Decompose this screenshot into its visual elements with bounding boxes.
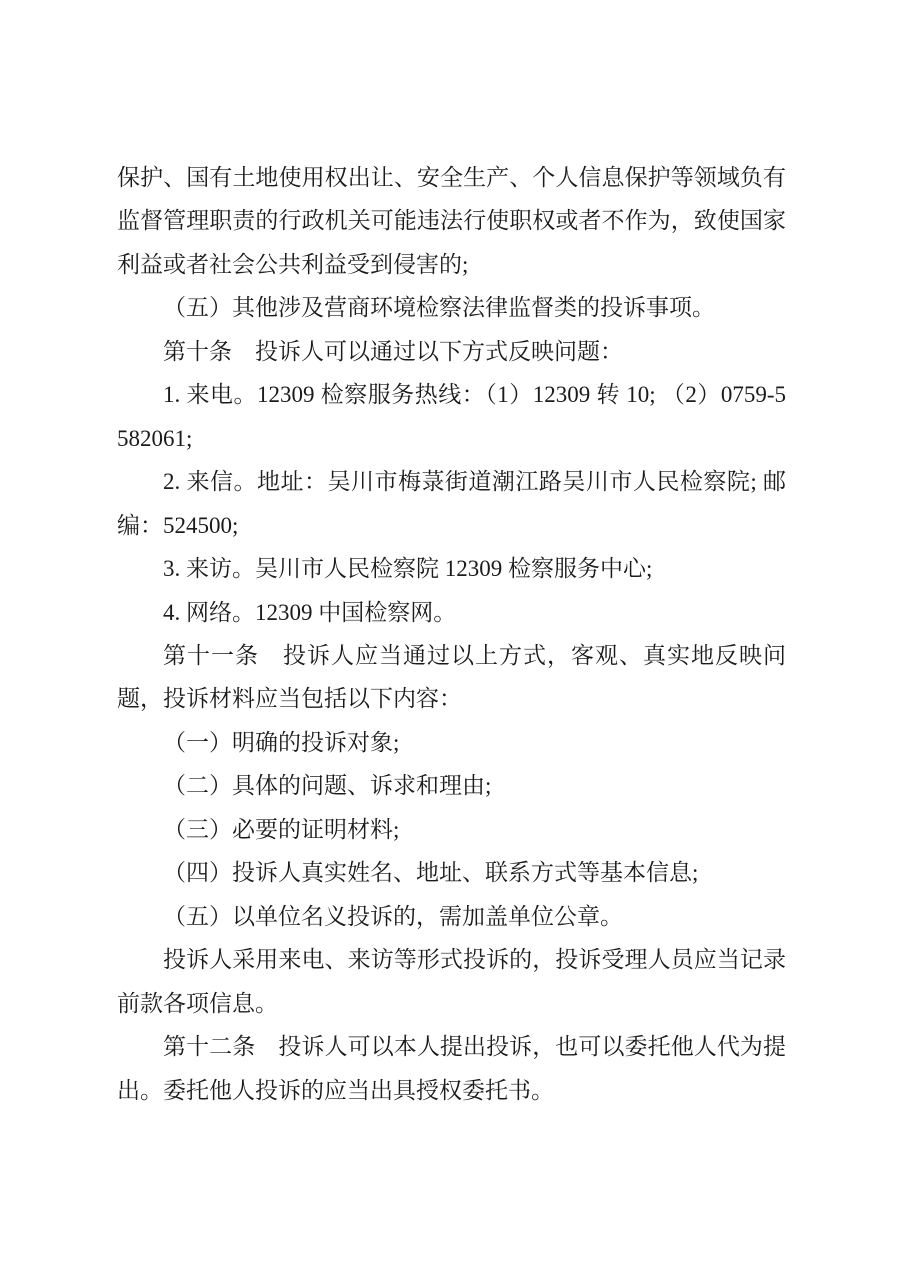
paragraph-article-10: 第十条 投诉人可以通过以下方式反映问题： [117, 330, 786, 373]
paragraph-article-11: 第十一条 投诉人应当通过以上方式，客观、真实地反映问题，投诉材料应当包括以下内容… [117, 634, 786, 721]
paragraph-item-four: （四）投诉人真实姓名、地址、联系方式等基本信息; [117, 851, 786, 894]
paragraph-article-12: 第十二条 投诉人可以本人提出投诉，也可以委托他人代为提出。委托他人投诉的应当出具… [117, 1025, 786, 1112]
paragraph-item-five: （五）以单位名义投诉的，需加盖单位公章。 [117, 895, 786, 938]
paragraph-method-3-visit: 3. 来访。吴川市人民检察院 12309 检察服务中心; [117, 547, 786, 590]
paragraph-method-2-mail: 2. 来信。地址：吴川市梅菉街道潮江路吴川市人民检察院; 邮编：524500; [117, 460, 786, 547]
paragraph-item-one: （一）明确的投诉对象; [117, 721, 786, 764]
paragraph-item-two: （二）具体的问题、诉求和理由; [117, 764, 786, 807]
paragraph-method-4-web: 4. 网络。12309 中国检察网。 [117, 591, 786, 634]
document-text-block: 保护、国有土地使用权出让、安全生产、个人信息保护等领域负有监督管理职责的行政机关… [117, 156, 786, 1112]
paragraph-item-five-prev-article: （五）其他涉及营商环境检察法律监督类的投诉事项。 [117, 286, 786, 329]
document-page: 保护、国有土地使用权出让、安全生产、个人信息保护等领域负有监督管理职责的行政机关… [0, 0, 900, 1272]
paragraph-method-1-phone: 1. 来电。12309 检察服务热线：（1）12309 转 10; （2）075… [117, 373, 786, 460]
paragraph-item-three: （三）必要的证明材料; [117, 808, 786, 851]
paragraph-continuation: 保护、国有土地使用权出让、安全生产、个人信息保护等领域负有监督管理职责的行政机关… [117, 156, 786, 286]
paragraph-record-clause: 投诉人采用来电、来访等形式投诉的，投诉受理人员应当记录前款各项信息。 [117, 938, 786, 1025]
